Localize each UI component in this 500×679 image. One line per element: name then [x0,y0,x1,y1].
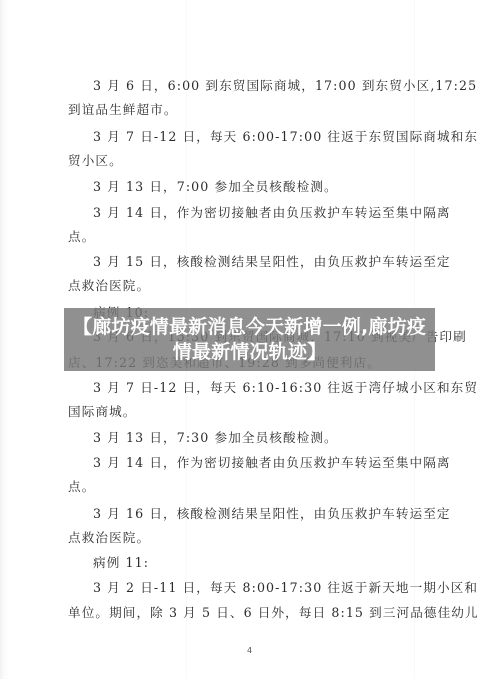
document-line: 3 月 14 日，作为密切接触者由负压救护车转运至集中隔离 [93,455,440,471]
page-number: 4 [247,646,252,655]
document-line: 3 月 2 日-11 日，每天 8:00-17:30 往返于新天地一期小区和 [93,580,440,596]
document-line: 3 月 6 日，6:00 到东贸国际商城，17:00 到东贸小区,17:25 [93,78,440,94]
document-line: 3 月 13 日，7:30 参加全员核酸检测。 [93,430,440,446]
document-line: 到谊品生鲜超市。 [68,102,440,118]
document-line: 3 月 7 日-12 日，每天 6:00-17:00 往返于东贸国际商城和东 [93,129,440,145]
document-line: 点救治医院。 [68,530,440,546]
document-line: 点。 [68,479,440,495]
document-line: 3 月 16 日，核酸检测结果呈阳性，由负压救护车转运至定 [93,506,440,522]
document-line: 3 月 14 日，作为密切接触者由负压救护车转运至集中隔离 [93,205,440,221]
document-line: 3 月 15 日，核酸检测结果呈阳性，由负压救护车转运至定 [93,254,440,270]
document-line: 3 月 13 日，7:00 参加全员核酸检测。 [93,179,440,195]
document-line: 点。 [68,229,440,245]
document-line: 3 月 7 日-12 日，每天 6:10-16:30 往返于湾仔城小区和东贸 [93,380,440,396]
document-line: 点救治医院。 [68,278,440,294]
document-line: 国际商城。 [68,404,440,420]
case-heading: 病例 11: [93,555,440,571]
title-overlay-banner: 【廊坊疫情最新消息今天新增一例,廊坊疫情最新情况轨迹】 [64,308,435,371]
document-line: 单位。期间，除 3 月 5 日、6 日外，每日 8:15 到三河品德佳幼儿 [68,605,440,621]
document-line: 贸小区。 [68,153,440,169]
banner-title: 【廊坊疫情最新消息今天新增一例,廊坊疫情最新情况轨迹】 [70,315,430,365]
